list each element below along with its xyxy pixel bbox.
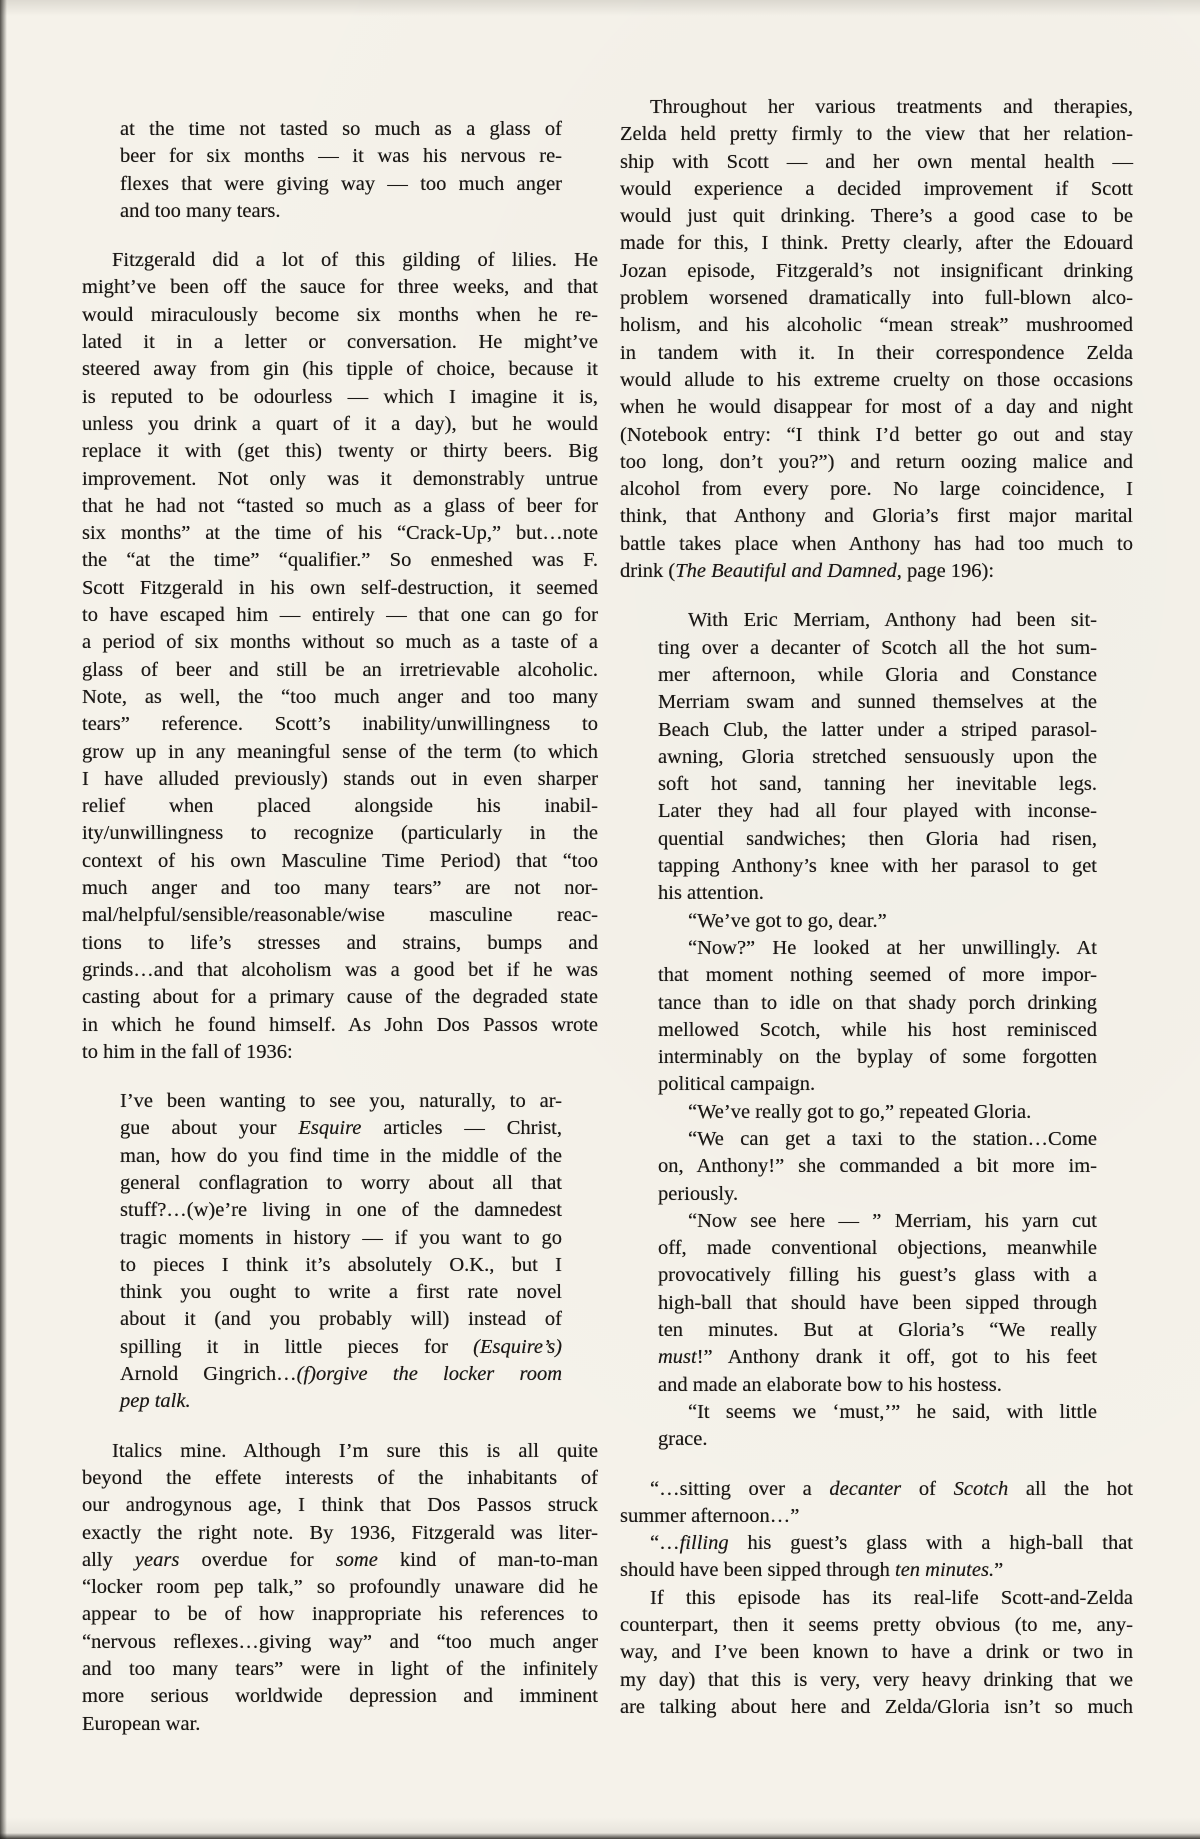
text-line: way, and I’ve been known to have a drink…	[620, 1639, 1133, 1666]
text-line: counterpart, then it seems pretty obviou…	[620, 1612, 1133, 1639]
paragraph-sitting-over-decanter: “…sitting over a decanter of Scotch all …	[620, 1476, 1133, 1531]
text-line: pep talk.	[120, 1388, 562, 1415]
text-line: summer afternoon…”	[620, 1503, 1133, 1530]
text-line: steered away from gin (his tipple of cho…	[82, 356, 598, 383]
text-line: and too many tears.	[120, 198, 562, 225]
text-line: tragic moments in history — if you want …	[120, 1225, 562, 1252]
text-line: beyond the effete interests of the inhab…	[82, 1465, 598, 1492]
text-line: With Eric Merriam, Anthony had been sit-	[658, 607, 1097, 634]
text-line: would miraculously become six months whe…	[82, 302, 598, 329]
text-line: much anger and too many tears” are not n…	[82, 875, 598, 902]
text-line: periously.	[658, 1181, 1097, 1208]
text-line: a period of six months without so much a…	[82, 629, 598, 656]
text-line: my day) that this is very, very heavy dr…	[620, 1667, 1133, 1694]
text-line: to him in the fall of 1936:	[82, 1039, 598, 1066]
text-line: “locker room pep talk,” so profoundly un…	[82, 1574, 598, 1601]
block-quote-crackup-excerpt: at the time not tasted so much as a glas…	[120, 116, 562, 225]
text-line: replace it with (get this) twenty or thi…	[82, 438, 598, 465]
text-line: tance than to idle on that shady porch d…	[658, 990, 1097, 1017]
text-line: lated it in a letter or conversation. He…	[82, 329, 598, 356]
text-line: “We’ve really got to go,” repeated Glori…	[658, 1099, 1097, 1126]
text-line: Zelda held pretty firmly to the view tha…	[620, 121, 1133, 148]
text-line: ship with Scott — and her own mental hea…	[620, 149, 1133, 176]
text-line: Scott Fitzgerald in his own self-destruc…	[82, 575, 598, 602]
text-line: battle takes place when Anthony has had …	[620, 531, 1133, 558]
text-line: tears” reference. Scott’s inability/unwi…	[82, 711, 598, 738]
text-line: “…sitting over a decanter of Scotch all …	[620, 1476, 1133, 1503]
paragraph-italics-mine: Italics mine. Although I’m sure this is …	[82, 1438, 598, 1738]
text-line: is reputed to be odourless — which I ima…	[82, 384, 598, 411]
text-line: think you ought to write a first rate no…	[120, 1279, 562, 1306]
text-line: grinds…and that alcoholism was a good be…	[82, 957, 598, 984]
text-line: to have escaped him — entirely — that on…	[82, 602, 598, 629]
text-line: Italics mine. Although I’m sure this is …	[82, 1438, 598, 1465]
text-line: alcohol from every pore. No large coinci…	[620, 476, 1133, 503]
text-line: when he would disappear for most of a da…	[620, 394, 1133, 421]
text-line: grow up in any meaningful sense of the t…	[82, 739, 598, 766]
text-line: Note, as well, the “too much anger and t…	[82, 684, 598, 711]
paragraph-real-life-counterpart: If this episode has its real-life Scott-…	[620, 1585, 1133, 1721]
text-line: (Notebook entry: “I think I’d better go …	[620, 422, 1133, 449]
text-line: ten minutes. But at Gloria’s “We really	[658, 1317, 1097, 1344]
text-line: flexes that were giving way — too much a…	[120, 171, 562, 198]
text-line: awning, Gloria stretched sensuously upon…	[658, 744, 1097, 771]
text-line: on, Anthony!” she commanded a bit more i…	[658, 1153, 1097, 1180]
text-line: interminably on the byplay of some forgo…	[658, 1044, 1097, 1071]
text-line: “It seems we ‘must,’” he said, with litt…	[658, 1399, 1097, 1426]
text-line: Beach Club, the latter under a striped p…	[658, 717, 1097, 744]
text-line: “We’ve got to go, dear.”	[658, 908, 1097, 935]
text-line: soft hot sand, tanning her inevitable le…	[658, 771, 1097, 798]
text-line: exactly the right note. By 1936, Fitzger…	[82, 1520, 598, 1547]
text-line: would just quit drinking. There’s a good…	[620, 203, 1133, 230]
text-line: I have alluded previously) stands out in…	[82, 766, 598, 793]
text-line: grace.	[658, 1426, 1097, 1453]
text-line: to pieces I think it’s absolutely O.K., …	[120, 1252, 562, 1279]
text-line: holism, and his alcoholic “mean streak” …	[620, 312, 1133, 339]
text-line: and too many tears” were in light of the…	[82, 1656, 598, 1683]
text-line: at the time not tasted so much as a glas…	[120, 116, 562, 143]
text-line: casting about for a primary cause of the…	[82, 984, 598, 1011]
text-line: Fitzgerald did a lot of this gilding of …	[82, 247, 598, 274]
text-line: beer for six months — it was his nervous…	[120, 143, 562, 170]
left-text-column: at the time not tasted so much as a glas…	[82, 94, 598, 1738]
text-line: glass of beer and still be an irretrieva…	[82, 657, 598, 684]
text-line: might’ve been off the sauce for three we…	[82, 274, 598, 301]
text-line: about it (and you probably will) instead…	[120, 1306, 562, 1333]
scanned-book-page: at the time not tasted so much as a glas…	[0, 0, 1200, 1839]
text-line: “…filling his guest’s glass with a high-…	[620, 1530, 1133, 1557]
text-line: made for this, I think. Pretty clearly, …	[620, 230, 1133, 257]
text-line: would allude to his extreme cruelty on t…	[620, 367, 1133, 394]
text-line: “Now?” He looked at her unwillingly. At	[658, 935, 1097, 962]
text-line: relief when placed alongside his inabil-	[82, 793, 598, 820]
text-line: provocatively filling his guest’s glass …	[658, 1262, 1097, 1289]
text-line: ity/unwillingness to recognize (particul…	[82, 820, 598, 847]
text-line: our androgynous age, I think that Dos Pa…	[82, 1492, 598, 1519]
text-line: the “at the time” “qualifier.” So enmesh…	[82, 547, 598, 574]
text-line: ting over a decanter of Scotch all the h…	[658, 635, 1097, 662]
text-line: off, made conventional objections, meanw…	[658, 1235, 1097, 1262]
text-line: that he had not “tasted so much as a gla…	[82, 493, 598, 520]
text-line: “We can get a taxi to the station…Come	[658, 1126, 1097, 1153]
text-line: I’ve been wanting to see you, naturally,…	[120, 1088, 562, 1115]
text-line: think, that Anthony and Gloria’s first m…	[620, 503, 1133, 530]
text-line: “nervous reflexes…giving way” and “too m…	[82, 1629, 598, 1656]
paragraph-filling-guests-glass: “…filling his guest’s glass with a high-…	[620, 1530, 1133, 1585]
text-line: should have been sipped through ten minu…	[620, 1557, 1133, 1584]
text-line: ally years overdue for some kind of man-…	[82, 1547, 598, 1574]
text-line: mellowed Scotch, while his host reminisc…	[658, 1017, 1097, 1044]
text-line: man, how do you find time in the middle …	[120, 1143, 562, 1170]
text-line: quential sandwiches; then Gloria had ris…	[658, 826, 1097, 853]
text-line: more serious worldwide depression and im…	[82, 1683, 598, 1710]
text-line: that moment nothing seemed of more impor…	[658, 962, 1097, 989]
text-line: Jozan episode, Fitzgerald’s not insignif…	[620, 258, 1133, 285]
text-line: tions to life’s stresses and strains, bu…	[82, 930, 598, 957]
text-line: six months” at the time of his “Crack-Up…	[82, 520, 598, 547]
text-line: stuff?…(w)e’re living in one of the damn…	[120, 1197, 562, 1224]
block-quote-dos-passos-letter: I’ve been wanting to see you, naturally,…	[120, 1088, 562, 1416]
text-line: must!” Anthony drank it off, got to his …	[658, 1344, 1097, 1371]
text-line: would experience a decided improvement i…	[620, 176, 1133, 203]
text-line: European war.	[82, 1711, 598, 1738]
paragraph-zelda-treatments: Throughout her various treatments and th…	[620, 94, 1133, 585]
text-line: in which he found himself. As John Dos P…	[82, 1012, 598, 1039]
text-line: too long, don’t you?”) and return oozing…	[620, 449, 1133, 476]
text-line: gue about your Esquire articles — Christ…	[120, 1115, 562, 1142]
text-line: Arnold Gingrich…(f)orgive the locker roo…	[120, 1361, 562, 1388]
paragraph-gilding-of-lilies: Fitzgerald did a lot of this gilding of …	[82, 247, 598, 1066]
text-line: drink (The Beautiful and Damned, page 19…	[620, 558, 1133, 585]
text-line: tapping Anthony’s knee with her parasol …	[658, 853, 1097, 880]
text-line: “Now see here — ” Merriam, his yarn cut	[658, 1208, 1097, 1235]
right-text-column: Throughout her various treatments and th…	[620, 94, 1133, 1721]
text-line: high-ball that should have been sipped t…	[658, 1290, 1097, 1317]
text-line: Throughout her various treatments and th…	[620, 94, 1133, 121]
text-line: Merriam swam and sunned themselves at th…	[658, 689, 1097, 716]
text-line: in tandem with it. In their corresponden…	[620, 340, 1133, 367]
text-line: context of his own Masculine Time Period…	[82, 848, 598, 875]
text-line: If this episode has its real-life Scott-…	[620, 1585, 1133, 1612]
text-line: appear to be of how inappropriate his re…	[82, 1601, 598, 1628]
block-quote-beautiful-and-damned: With Eric Merriam, Anthony had been sit-…	[658, 607, 1097, 1453]
text-line: mal/helpful/sensible/reasonable/wise mas…	[82, 902, 598, 929]
text-line: are talking about here and Zelda/Gloria …	[620, 1694, 1133, 1721]
text-line: political campaign.	[658, 1071, 1097, 1098]
text-line: mer afternoon, while Gloria and Constanc…	[658, 662, 1097, 689]
text-line: and made an elaborate bow to his hostess…	[658, 1372, 1097, 1399]
text-line: spilling it in little pieces for (Esquir…	[120, 1334, 562, 1361]
text-line: improvement. Not only was it demonstrabl…	[82, 466, 598, 493]
text-line: general conflagration to worry about all…	[120, 1170, 562, 1197]
text-line: unless you drink a quart of it a day), b…	[82, 411, 598, 438]
text-line: Later they had all four played with inco…	[658, 798, 1097, 825]
text-line: his attention.	[658, 880, 1097, 907]
text-line: problem worsened dramatically into full-…	[620, 285, 1133, 312]
